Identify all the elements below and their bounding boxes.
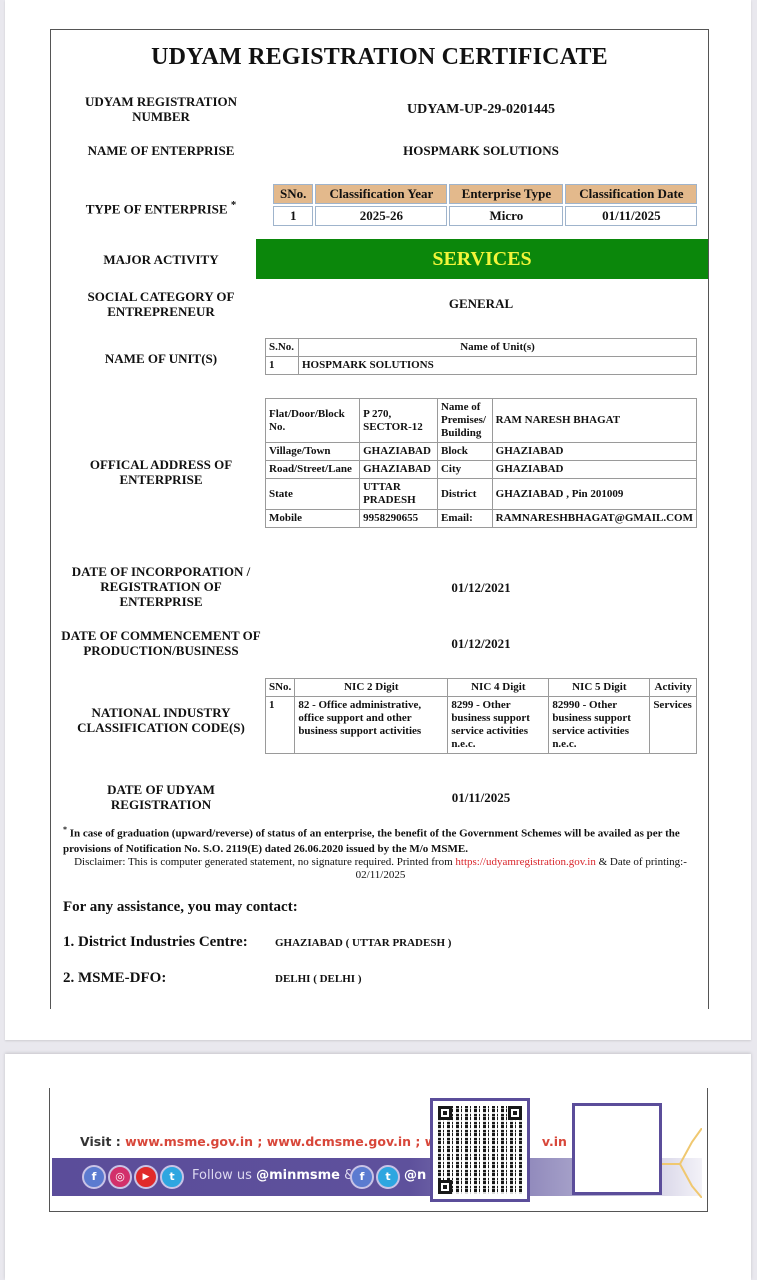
- asterisk: *: [231, 199, 236, 211]
- instagram-icon[interactable]: ◎: [108, 1165, 132, 1189]
- disclaimer: Disclaimer: This is computer generated s…: [63, 856, 698, 882]
- field-value: UTTAR PRADESH: [360, 479, 438, 510]
- field-label: Road/Street/Lane: [266, 461, 360, 479]
- visit-label: Visit :: [80, 1134, 125, 1149]
- contact-msme-dfo-label: 2. MSME-DFO:: [63, 970, 166, 987]
- footnote-marker: *: [63, 825, 67, 834]
- incorporation-date-label: DATE OF INCORPORATION / REGISTRATION OF …: [61, 564, 261, 609]
- classification-table: SNo. Classification Year Enterprise Type…: [271, 182, 699, 228]
- contact-msme-dfo-value: DELHI ( DELHI ): [275, 973, 362, 985]
- table-row: 1 82 - Office administrative, office sup…: [266, 697, 697, 754]
- cell-classification-year: 2025-26: [315, 206, 447, 226]
- twitter-icon[interactable]: t: [160, 1165, 184, 1189]
- col-sno: S.No.: [266, 339, 299, 357]
- table-row: Flat/Door/Block No.P 270, SECTOR-12Name …: [266, 399, 697, 443]
- address-table: Flat/Door/Block No.P 270, SECTOR-12Name …: [265, 398, 697, 528]
- col-nic5: NIC 5 Digit: [549, 679, 650, 697]
- social-category-label: SOCIAL CATEGORY OF ENTREPRENEUR: [61, 289, 261, 319]
- field-label: District: [437, 479, 492, 510]
- cell-unit-name: HOSPMARK SOLUTIONS: [299, 357, 697, 375]
- field-label: Email:: [437, 510, 492, 528]
- udyam-portal-link[interactable]: https://udyamregistration.gov.in: [455, 856, 595, 868]
- address-label: OFFICAL ADDRESS OF ENTERPRISE: [61, 457, 261, 487]
- units-header-row: S.No. Name of Unit(s): [266, 339, 697, 357]
- enterprise-name-label: NAME OF ENTERPRISE: [61, 143, 261, 158]
- field-value: GHAZIABAD: [360, 461, 438, 479]
- footnote-text: In case of graduation (upward/reverse) o…: [63, 828, 680, 855]
- col-nic4: NIC 4 Digit: [448, 679, 549, 697]
- qr-finder: [508, 1106, 522, 1120]
- contact-dic-value: GHAZIABAD ( UTTAR PRADESH ): [275, 937, 451, 949]
- qr-finder: [438, 1180, 452, 1194]
- commencement-date-value: 01/12/2021: [261, 636, 701, 652]
- cell-sno: 1: [266, 697, 295, 754]
- certificate-title: UDYAM REGISTRATION CERTIFICATE: [51, 44, 708, 71]
- udyam-date-label: DATE OF UDYAM REGISTRATION: [61, 782, 261, 812]
- table-row: StateUTTAR PRADESHDistrictGHAZIABAD , Pi…: [266, 479, 697, 510]
- major-activity-value: SERVICES: [256, 239, 708, 279]
- field-value: RAM NARESH BHAGAT: [492, 399, 696, 443]
- footnote: * In case of graduation (upward/reverse)…: [63, 822, 698, 857]
- incorporation-date-value: 01/12/2021: [261, 580, 701, 596]
- nic-header-row: SNo. NIC 2 Digit NIC 4 Digit NIC 5 Digit…: [266, 679, 697, 697]
- field-label: Name of Premises/ Building: [437, 399, 492, 443]
- disclaimer-prefix: Disclaimer: This is computer generated s…: [74, 856, 455, 868]
- field-value: GHAZIABAD: [492, 461, 696, 479]
- field-value: GHAZIABAD , Pin 201009: [492, 479, 696, 510]
- qr-code: [430, 1098, 530, 1202]
- field-label: City: [437, 461, 492, 479]
- registration-number-label: UDYAM REGISTRATION NUMBER: [61, 94, 261, 124]
- twitter-icon[interactable]: t: [376, 1165, 400, 1189]
- certificate-frame: UDYAM REGISTRATION CERTIFICATE UDYAM REG…: [50, 29, 709, 1009]
- table-row: Road/Street/LaneGHAZIABADCityGHAZIABAD: [266, 461, 697, 479]
- col-classification-date: Classification Date: [565, 184, 697, 204]
- classification-header-row: SNo. Classification Year Enterprise Type…: [273, 184, 697, 204]
- nic-label: NATIONAL INDUSTRY CLASSIFICATION CODE(S): [61, 705, 261, 735]
- col-nic2: NIC 2 Digit: [295, 679, 448, 697]
- table-row: 1 2025-26 Micro 01/11/2025: [273, 206, 697, 226]
- follow-handle[interactable]: @minmsme: [256, 1168, 340, 1183]
- table-row: 1 HOSPMARK SOLUTIONS: [266, 357, 697, 375]
- field-label: State: [266, 479, 360, 510]
- field-label: Block: [437, 443, 492, 461]
- field-value: GHAZIABAD: [360, 443, 438, 461]
- msme-banner: Visit : www.msme.gov.in ; www.dcmsme.gov…: [49, 1088, 708, 1212]
- udyam-date-value: 01/11/2025: [261, 790, 701, 806]
- qr-finder: [438, 1106, 452, 1120]
- field-value: RAMNARESHBHAGAT@GMAIL.COM: [492, 510, 696, 528]
- photo-placeholder: [572, 1103, 662, 1195]
- contact-dic-label: 1. District Industries Centre:: [63, 934, 248, 951]
- cell-enterprise-type: Micro: [449, 206, 563, 226]
- cell-sno: 1: [266, 357, 299, 375]
- assistance-heading: For any assistance, you may contact:: [63, 899, 298, 916]
- social-category-value: GENERAL: [261, 296, 701, 312]
- follow-prefix: Follow us: [192, 1168, 256, 1183]
- cell-sno: 1: [273, 206, 313, 226]
- units-label: NAME OF UNIT(S): [61, 351, 261, 366]
- col-sno: SNo.: [266, 679, 295, 697]
- table-row: Mobile9958290655Email:RAMNARESHBHAGAT@GM…: [266, 510, 697, 528]
- facebook-icon[interactable]: f: [350, 1165, 374, 1189]
- commencement-date-label: DATE OF COMMENCEMENT OF PRODUCTION/BUSIN…: [61, 628, 261, 658]
- col-activity: Activity: [650, 679, 697, 697]
- youtube-icon[interactable]: ▶: [134, 1165, 158, 1189]
- visit-url-tail[interactable]: v.in: [542, 1134, 567, 1149]
- certificate-page: UDYAM REGISTRATION CERTIFICATE UDYAM REG…: [5, 0, 751, 1040]
- units-table: S.No. Name of Unit(s) 1 HOSPMARK SOLUTIO…: [265, 338, 697, 375]
- follow-text: Follow us @minmsme &: [192, 1168, 354, 1183]
- nic-table: SNo. NIC 2 Digit NIC 4 Digit NIC 5 Digit…: [265, 678, 697, 754]
- field-value: 9958290655: [360, 510, 438, 528]
- table-row: Village/TownGHAZIABADBlockGHAZIABAD: [266, 443, 697, 461]
- cell-classification-date: 01/11/2025: [565, 206, 697, 226]
- enterprise-name-value: HOSPMARK SOLUTIONS: [261, 143, 701, 159]
- cell-nic4: 8299 - Other business support service ac…: [448, 697, 549, 754]
- cell-activity: Services: [650, 697, 697, 754]
- col-unit-name: Name of Unit(s): [299, 339, 697, 357]
- field-label: Mobile: [266, 510, 360, 528]
- enterprise-type-label: TYPE OF ENTERPRISE *: [61, 198, 261, 216]
- registration-number-value: UDYAM-UP-29-0201445: [261, 102, 701, 118]
- follow-text-2: @n: [404, 1168, 426, 1183]
- cell-nic5: 82990 - Other business support service a…: [549, 697, 650, 754]
- col-classification-year: Classification Year: [315, 184, 447, 204]
- field-label: Village/Town: [266, 443, 360, 461]
- field-value: P 270, SECTOR-12: [360, 399, 438, 443]
- certificate-page-2: Visit : www.msme.gov.in ; www.dcmsme.gov…: [5, 1054, 751, 1280]
- hexagon-decoration-icon: [662, 1128, 702, 1198]
- qr-code-pattern: [438, 1106, 522, 1194]
- major-activity-label: MAJOR ACTIVITY: [61, 252, 261, 267]
- follow-handle-2[interactable]: @n: [404, 1168, 426, 1183]
- col-sno: SNo.: [273, 184, 313, 204]
- cell-nic2: 82 - Office administrative, office suppo…: [295, 697, 448, 754]
- field-value: GHAZIABAD: [492, 443, 696, 461]
- facebook-icon[interactable]: f: [82, 1165, 106, 1189]
- field-label: Flat/Door/Block No.: [266, 399, 360, 443]
- visit-urls[interactable]: www.msme.gov.in ; www.dcmsme.gov.in ; ww: [125, 1134, 448, 1149]
- col-enterprise-type: Enterprise Type: [449, 184, 563, 204]
